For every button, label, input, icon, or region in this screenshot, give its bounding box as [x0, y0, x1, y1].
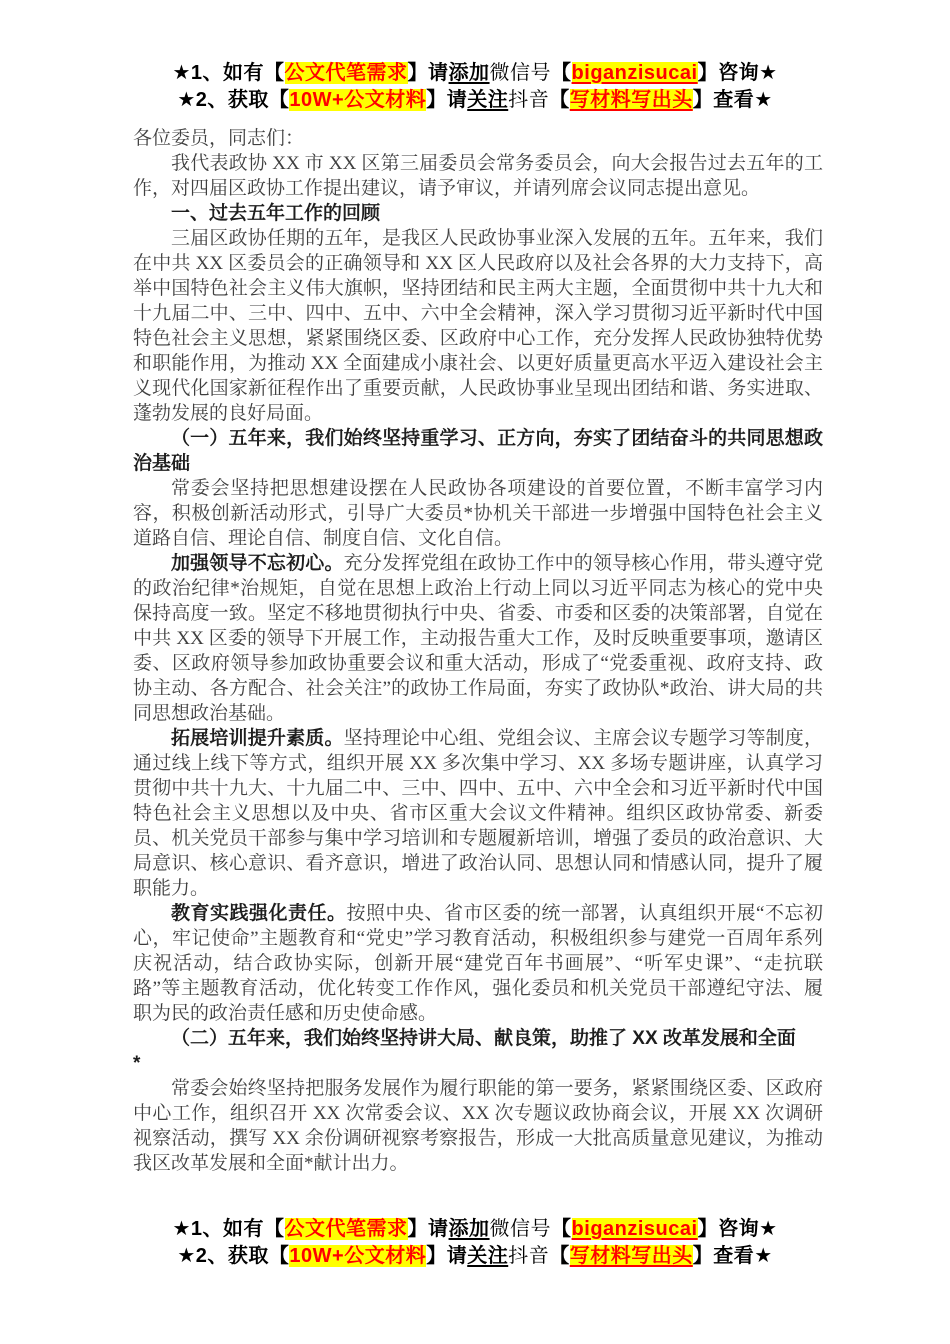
- promo-highlight-text: 写材料写出头: [570, 89, 693, 111]
- text-run: 各位委员，同志们：: [133, 128, 304, 149]
- bold-lead-text: 加强领导不忘初心。: [171, 553, 344, 574]
- section-heading: （一）五年来，我们始终坚持重学习、正方向，夯实了团结奋斗的共同思想政治基础: [133, 426, 823, 476]
- bold-lead-text: *: [133, 1053, 140, 1074]
- section-heading: 一、过去五年工作的回顾: [133, 201, 823, 226]
- promo-text: 抖音: [508, 89, 549, 111]
- bold-lead-text: 教育实践强化责任。: [171, 903, 347, 924]
- text-run: 坚持理论中心组、党组会议、主席会议专题学习等制度，通过线上线下等方式，组织开展 …: [133, 728, 823, 899]
- promo-highlight-text: 10W+公文材料: [289, 1245, 426, 1267]
- body-paragraph: 教育实践强化责任。按照中央、省市区委的统一部署，认真组织开展“不忘初心，牢记使命…: [133, 901, 823, 1026]
- promo-text: ★1、如有【: [172, 62, 284, 84]
- document-page: ★1、如有【公文代笔需求】请添加微信号【biganzisucai】咨询★★2、获…: [0, 0, 950, 1344]
- text-run: 常委会坚持把思想建设摆在人民政协各项建设的首要位置，不断丰富学习内容，积极创新活…: [133, 478, 823, 549]
- promo-text: ★2、获取【: [177, 89, 289, 111]
- text-run: 我代表政协 XX 市 XX 区第三届委员会常务委员会，向大会报告过去五年的工作，…: [133, 153, 823, 199]
- promo-text: ★2、获取【: [177, 1245, 289, 1267]
- body-paragraph: 我代表政协 XX 市 XX 区第三届委员会常务委员会，向大会报告过去五年的工作，…: [133, 151, 823, 201]
- section-heading: （二）五年来，我们始终坚持讲大局、献良策，助推了 XX 改革发展和全面*: [133, 1026, 823, 1076]
- promo-text: 【: [551, 1218, 572, 1240]
- promo-text: 【: [549, 1245, 570, 1267]
- text-run: 三届区政协任期的五年，是我区人民政协事业深入发展的五年。五年来，我们在中共 XX…: [133, 228, 823, 424]
- promo-text: 抖音: [508, 1245, 549, 1267]
- promo-text: 】请: [408, 62, 449, 84]
- promo-line: ★1、如有【公文代笔需求】请添加微信号【biganzisucai】咨询★: [0, 1216, 950, 1243]
- promo-line: ★2、获取【10W+公文材料】请关注抖音【写材料写出头】查看★: [0, 87, 950, 114]
- promo-highlight-text: 写材料写出头: [570, 1245, 693, 1267]
- body-paragraph: 常委会始终坚持把服务发展作为履行职能的第一要务，紧紧围绕区委、区政府中心工作，组…: [133, 1076, 823, 1176]
- promo-banner-bottom: ★1、如有【公文代笔需求】请添加微信号【biganzisucai】咨询★★2、获…: [0, 1216, 950, 1270]
- body-paragraph: 常委会坚持把思想建设摆在人民政协各项建设的首要位置，不断丰富学习内容，积极创新活…: [133, 476, 823, 551]
- promo-text: 】请: [426, 89, 467, 111]
- promo-text: 】咨询★: [698, 62, 778, 84]
- promo-text: 添加: [449, 1218, 490, 1240]
- bold-lead-text: （一）五年来，我们始终坚持重学习、正方向，夯实了团结奋斗的共同思想政治基础: [133, 428, 823, 474]
- promo-text: 微信号: [490, 1218, 552, 1240]
- body-paragraph: 三届区政协任期的五年，是我区人民政协事业深入发展的五年。五年来，我们在中共 XX…: [133, 226, 823, 426]
- bold-lead-text: 拓展培训提升素质。: [171, 728, 344, 749]
- promo-line: ★2、获取【10W+公文材料】请关注抖音【写材料写出头】查看★: [0, 1243, 950, 1270]
- body-paragraph: 各位委员，同志们：: [133, 126, 823, 151]
- document-body: 各位委员，同志们：我代表政协 XX 市 XX 区第三届委员会常务委员会，向大会报…: [133, 126, 823, 1176]
- promo-text: 【: [551, 62, 572, 84]
- text-run: 充分发挥党组在政协工作中的领导核心作用，带头遵守党的政治纪律*治规矩，自觉在思想…: [133, 553, 823, 724]
- promo-text: 】请: [426, 1245, 467, 1267]
- promo-text: 微信号: [490, 62, 552, 84]
- promo-text: 】请: [408, 1218, 449, 1240]
- promo-text: 】查看★: [693, 1245, 773, 1267]
- text-run: 常委会始终坚持把服务发展作为履行职能的第一要务，紧紧围绕区委、区政府中心工作，组…: [133, 1078, 823, 1174]
- promo-text: 关注: [467, 89, 508, 111]
- promo-text: 】查看★: [693, 89, 773, 111]
- promo-text: 【: [549, 89, 570, 111]
- promo-highlight-text: biganzisucai: [572, 62, 698, 84]
- bold-lead-text: 一、过去五年工作的回顾: [171, 203, 380, 224]
- promo-highlight-text: 公文代笔需求: [285, 62, 408, 84]
- body-paragraph: 加强领导不忘初心。充分发挥党组在政协工作中的领导核心作用，带头遵守党的政治纪律*…: [133, 551, 823, 726]
- promo-text: 关注: [467, 1245, 508, 1267]
- promo-banner-top: ★1、如有【公文代笔需求】请添加微信号【biganzisucai】咨询★★2、获…: [0, 60, 950, 114]
- promo-highlight-text: 公文代笔需求: [285, 1218, 408, 1240]
- promo-line: ★1、如有【公文代笔需求】请添加微信号【biganzisucai】咨询★: [0, 60, 950, 87]
- bold-lead-text: （二）五年来，我们始终坚持讲大局、献良策，助推了 XX 改革发展和全面: [171, 1028, 796, 1049]
- promo-highlight-text: 10W+公文材料: [289, 89, 426, 111]
- promo-text: 添加: [449, 62, 490, 84]
- promo-text: ★1、如有【: [172, 1218, 284, 1240]
- body-paragraph: 拓展培训提升素质。坚持理论中心组、党组会议、主席会议专题学习等制度，通过线上线下…: [133, 726, 823, 901]
- promo-highlight-text: biganzisucai: [572, 1218, 698, 1240]
- promo-text: 】咨询★: [698, 1218, 778, 1240]
